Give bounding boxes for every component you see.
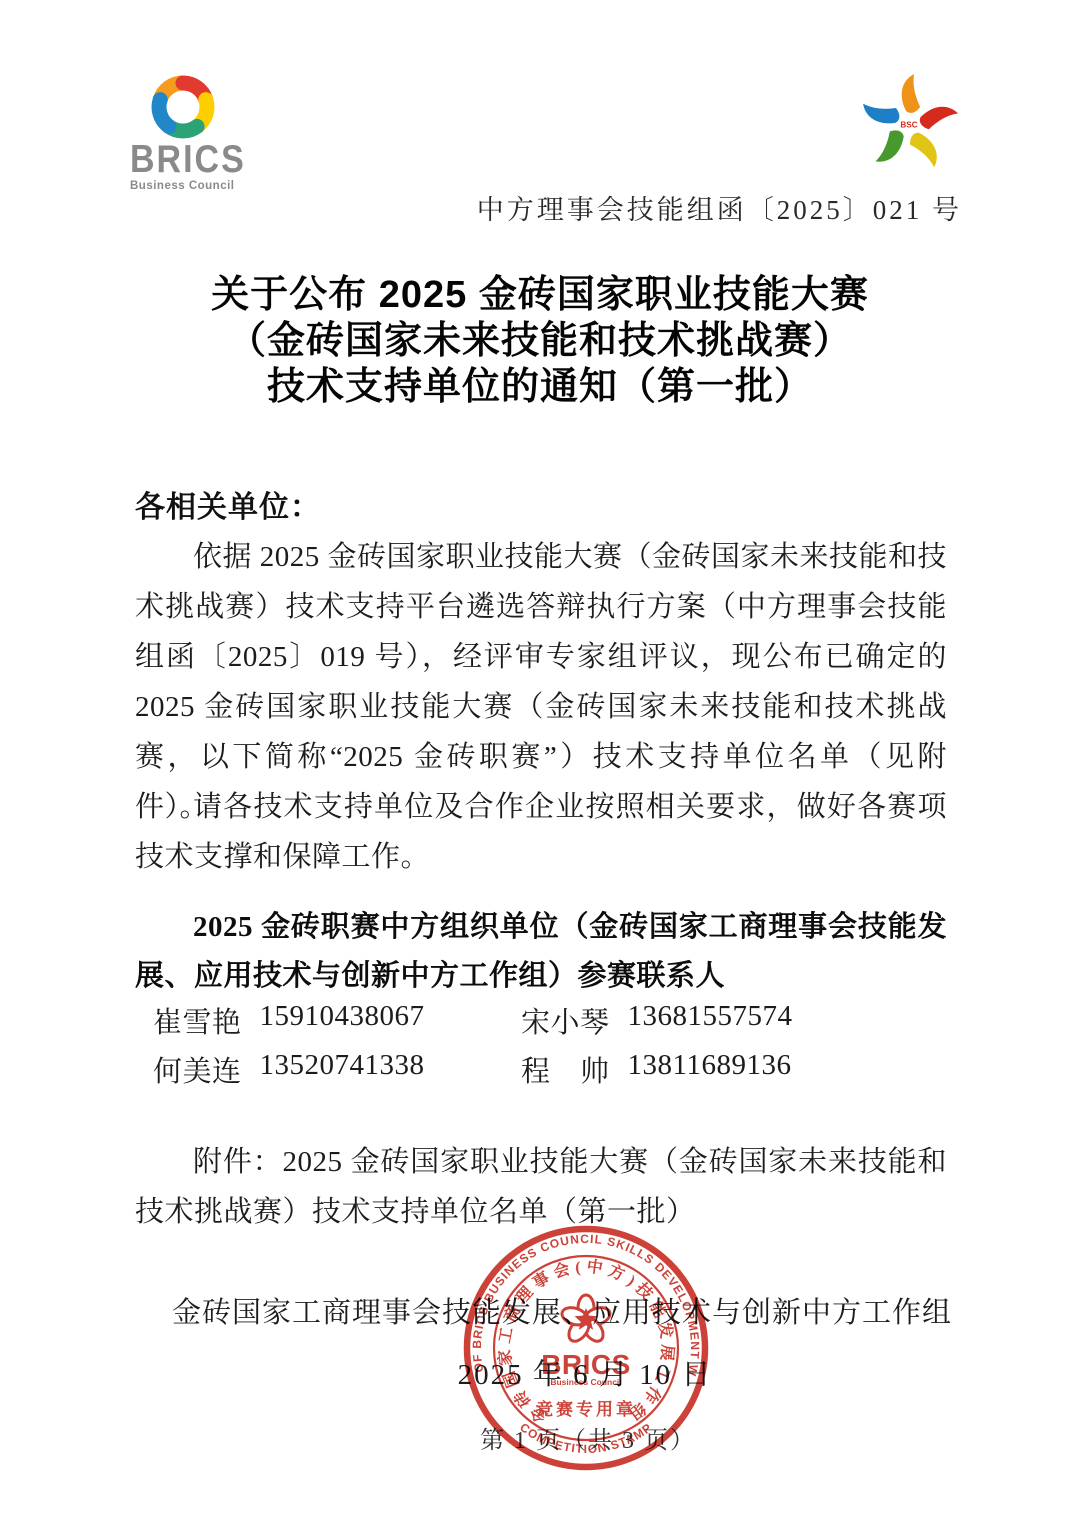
contact-row: 崔雪艳 15910438067 宋小琴 13681557574 (153, 1000, 947, 1041)
stamp-flower-star-icon (560, 1295, 612, 1345)
contact-phone: 13681557574 (628, 1000, 793, 1041)
stamp-brics-subtext: Business Council (550, 1377, 621, 1387)
contact-row: 何美连 13520741338 程 帅 13811689136 (153, 1049, 947, 1090)
contact-phone: 13520741338 (260, 1049, 425, 1090)
salutation: 各相关单位： (135, 482, 321, 526)
contact-name: 程 帅 (521, 1049, 610, 1090)
official-red-stamp: CHINA SECTION OF BRICS BUSINESS COUNCIL … (461, 1223, 711, 1473)
contact-name: 何美连 (153, 1049, 242, 1090)
contact-name: 崔雪艳 (153, 1000, 242, 1041)
contact-entry: 崔雪艳 15910438067 (153, 1000, 521, 1041)
contact-heading: 2025 金砖职赛中方组织单位（金砖国家工商理事会技能发展、应用技术与创新中方工… (135, 903, 947, 1001)
contact-phone: 15910438067 (260, 1000, 425, 1041)
stamp-brics-text: BRICS (541, 1349, 631, 1380)
attachment-note: 附件：2025 金砖国家职业技能大赛（金砖国家未来技能和技术挑战赛）技术支持单位… (135, 1137, 947, 1237)
notice-document-page: BRICS Business Council BSC 中方理事会技能组函〔202… (0, 0, 1080, 1527)
contact-phone: 13811689136 (628, 1049, 792, 1090)
contact-entry: 何美连 13520741338 (153, 1049, 521, 1090)
contact-entry: 程 帅 13811689136 (521, 1049, 889, 1090)
stamp-purpose-label: 竞赛专用章 (536, 1399, 636, 1419)
paragraph-request: 请各技术支持单位及合作企业按照相关要求，做好各赛项技术支撑和保障工作。 (135, 782, 947, 882)
contact-entry: 宋小琴 13681557574 (521, 1000, 889, 1041)
contact-name: 宋小琴 (521, 1000, 610, 1041)
